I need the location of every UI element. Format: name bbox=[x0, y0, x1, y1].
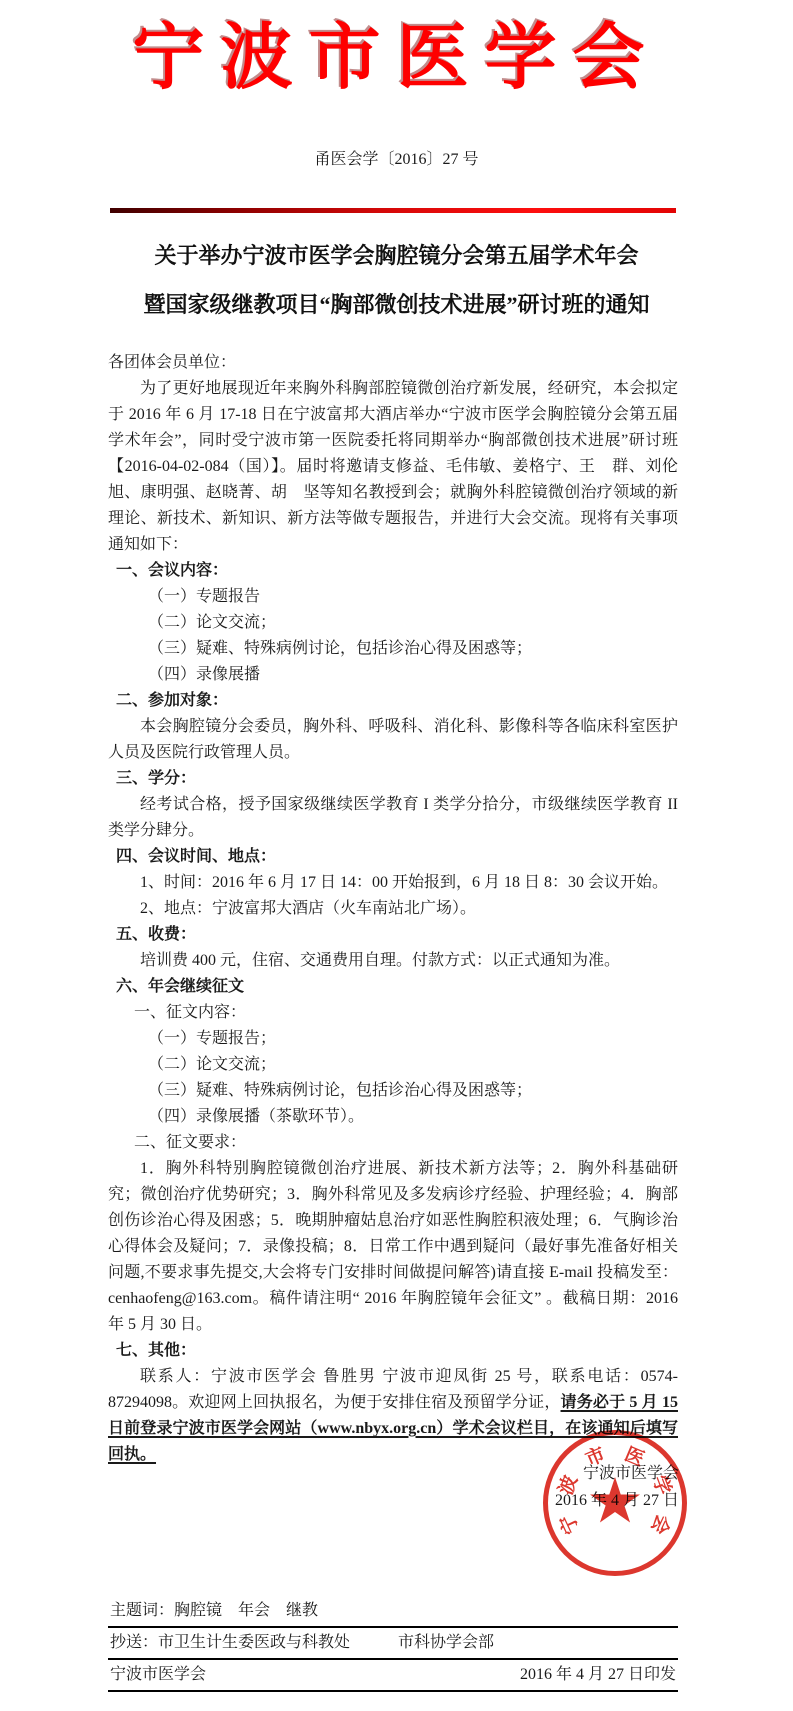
section-heading: 四、会议时间、地点： bbox=[116, 844, 678, 870]
notice-title-line2: 暨国家级继教项目“胸部微创技术进展”研讨班的通知 bbox=[60, 280, 733, 329]
section-heading: 一、会议内容： bbox=[116, 558, 678, 584]
body-paragraph: （四）录像展播（茶歇环节）。 bbox=[148, 1104, 678, 1130]
body-paragraph: 本会胸腔镜分会委员，胸外科、呼吸科、消化科、影像科等各临床科室医护人员及医院行政… bbox=[108, 714, 678, 766]
section-heading: 二、参加对象： bbox=[116, 688, 678, 714]
footer-subject-keywords: 主题词：胸腔镜 年会 继教 bbox=[108, 1596, 678, 1626]
body-paragraph: （二）论文交流； bbox=[148, 1052, 678, 1078]
body-paragraph: 各团体会员单位： bbox=[108, 350, 678, 376]
body-paragraph: （一）专题报告； bbox=[148, 1026, 678, 1052]
body-paragraph: （二）论文交流； bbox=[148, 610, 678, 636]
body-paragraph: 为了更好地展现近年来胸外科胸部腔镜微创治疗新发展，经研究，本会拟定于 2016 … bbox=[108, 376, 678, 558]
section-heading: 五、收费： bbox=[116, 922, 678, 948]
body-paragraph: 一、征文内容： bbox=[134, 1000, 678, 1026]
official-red-seal: 宁波市医学会 bbox=[543, 1430, 687, 1576]
body-paragraph: （四）录像展播 bbox=[148, 662, 678, 688]
body-paragraph: 1．胸外科特别胸腔镜微创治疗进展、新技术新方法等；2．胸外科基础研究；微创治疗优… bbox=[108, 1156, 678, 1338]
footer-print-date: 2016 年 4 月 27 日印发 bbox=[520, 1662, 676, 1688]
letterhead-org-title: 宁波市医学会 bbox=[0, 10, 793, 106]
section-heading: 七、其他： bbox=[116, 1338, 678, 1364]
body-paragraph: （三）疑难、特殊病例讨论，包括诊治心得及困惑等； bbox=[148, 636, 678, 662]
body-paragraph: 1、时间：2016 年 6 月 17 日 14：00 开始报到，6 月 18 日… bbox=[108, 870, 678, 896]
footer-issue-line: 宁波市医学会 2016 年 4 月 27 日印发 bbox=[108, 1660, 678, 1690]
footer: 主题词：胸腔镜 年会 继教 抄送：市卫生计生委医政与科教处 市科协学会部 宁波市… bbox=[108, 1596, 678, 1692]
section-heading: 三、学分： bbox=[116, 766, 678, 792]
footer-issuer: 宁波市医学会 bbox=[110, 1662, 206, 1688]
footer-rule-3 bbox=[108, 1690, 678, 1692]
body-paragraph: 二、征文要求： bbox=[134, 1130, 678, 1156]
body-paragraph: 经考试合格，授予国家级继续医学教育 I 类学分拾分，市级继续医学教育 II 类学… bbox=[108, 792, 678, 844]
body-paragraph: 培训费 400 元，住宿、交通费用自理。付款方式：以正式通知为准。 bbox=[108, 948, 678, 974]
notice-title: 关于举办宁波市医学会胸腔镜分会第五届学术年会 暨国家级继教项目“胸部微创技术进展… bbox=[60, 231, 733, 329]
document-number: 甬医会学〔2016〕27 号 bbox=[0, 148, 793, 172]
letterhead-divider-rule bbox=[110, 208, 676, 213]
footer-cc-line: 抄送：市卫生计生委医政与科教处 市科协学会部 bbox=[108, 1628, 678, 1658]
notice-title-line1: 关于举办宁波市医学会胸腔镜分会第五届学术年会 bbox=[60, 231, 733, 280]
section-heading: 六、年会继续征文 bbox=[116, 974, 678, 1000]
body-paragraph: 2、地点：宁波富邦大酒店（火车南站北广场）。 bbox=[108, 896, 678, 922]
body-paragraph: （一）专题报告 bbox=[148, 584, 678, 610]
body-paragraph: （三）疑难、特殊病例讨论，包括诊治心得及困惑等； bbox=[148, 1078, 678, 1104]
body: 各团体会员单位：为了更好地展现近年来胸外科胸部腔镜微创治疗新发展，经研究，本会拟… bbox=[108, 350, 678, 1468]
notice-document-page: 宁波市医学会 甬医会学〔2016〕27 号 关于举办宁波市医学会胸腔镜分会第五届… bbox=[0, 0, 793, 1711]
